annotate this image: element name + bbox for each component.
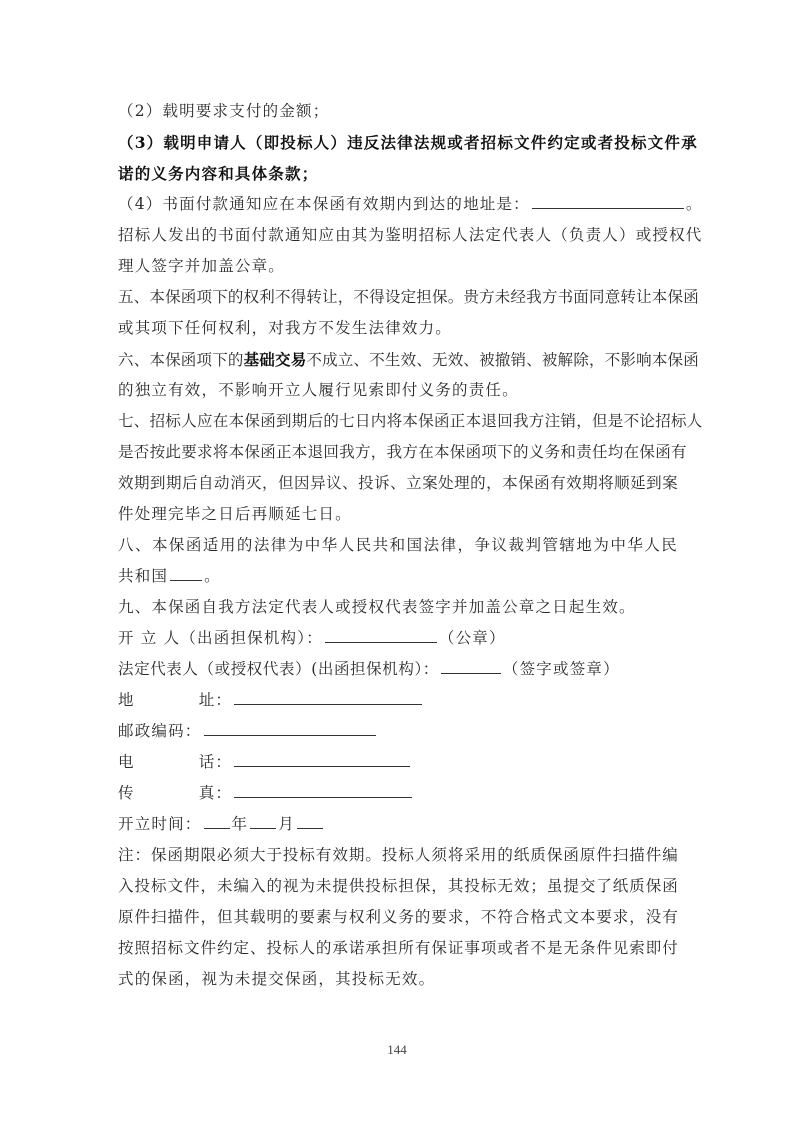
- clause-text-bold: （3）载明申请人（即投标人）违反法律法规或者招标文件约定或者投标文件承: [118, 133, 698, 152]
- postcode-row: 邮政编码：: [118, 716, 678, 747]
- clause-text: 共和国: [118, 567, 168, 585]
- note-text: 注：保函期限必须大于投标有效期。投标人须将采用的纸质保函原件扫描件编: [118, 846, 678, 864]
- notice-line-1: 招标人发出的书面付款通知应由其为鉴明招标人法定代表人（负责人）或授权代: [118, 220, 678, 251]
- clause-text: 五、本保函项下的权利不得转让，不得设定担保。贵方未经我方书面同意转让本保函: [118, 288, 699, 306]
- issuer-blank-field[interactable]: [325, 624, 437, 643]
- clause-4-2: （2）载明要求支付的金额；: [118, 96, 678, 127]
- signature-label: （签字或签章）: [503, 660, 620, 678]
- clause-4-3-line-2: 诺的义务内容和具体条款；: [118, 158, 678, 189]
- note-line-2: 入投标文件，未编入的视为未提供投标担保，其投标无效；虽提交了纸质保函: [118, 871, 678, 902]
- article-7-line-2: 是否按此要求将本保函正本退回我方，我方在本保函项下的义务和责任均在保函有: [118, 437, 678, 468]
- clause-text: 八、本保函适用的法律为中华人民共和国法律，争议裁判管辖地为中华人民: [118, 536, 678, 554]
- page-number: 144: [0, 1042, 794, 1058]
- notice-line-2: 理人签字并加盖公章。: [118, 251, 678, 282]
- clause-text: 是否按此要求将本保函正本退回我方，我方在本保函项下的义务和责任均在保函有: [118, 443, 687, 461]
- jurisdiction-blank-field[interactable]: [170, 562, 202, 581]
- address-label: 地: [118, 691, 135, 709]
- month-label: 月: [278, 815, 295, 833]
- note-text: 入投标文件，未编入的视为未提供投标担保，其投标无效；虽提交了纸质保函: [118, 877, 678, 895]
- day-field[interactable]: [297, 810, 323, 829]
- document-page: （2）载明要求支付的金额； （3）载明申请人（即投标人）违反法律法规或者招标文件…: [118, 96, 678, 995]
- issuer-label: 开 立 人（出函担保机构）：: [118, 629, 323, 647]
- clause-text: 七、招标人应在本保函到期后的七日内将本保函正本退回我方注销，但是不论招标人: [118, 412, 703, 430]
- clause-text: 理人签字并加盖公章。: [118, 257, 285, 275]
- clause-text: 效期到期后自动消灭，但因异议、投诉、立案处理的，本保函有效期将顺延到案: [118, 474, 678, 492]
- clause-text: （2）载明要求支付的金额；: [118, 102, 329, 120]
- clause-text: 不成立、不生效、无效、被撤销、被解除，不影响本保函: [306, 351, 699, 369]
- note-text: 式的保函，视为未提交保函，其投标无效。: [118, 970, 435, 988]
- year-label: 年: [232, 815, 249, 833]
- note-line-5: 式的保函，视为未提交保函，其投标无效。: [118, 964, 678, 995]
- month-field[interactable]: [250, 810, 276, 829]
- punctuation: 。: [204, 567, 221, 585]
- clause-text-bold: 诺的义务内容和具体条款；: [118, 164, 318, 183]
- address-label: 址：: [199, 691, 232, 709]
- address-field[interactable]: [234, 686, 422, 705]
- phone-label: 电: [118, 753, 135, 771]
- note-text: 按照招标文件约定、投标人的承诺承担所有保证事项或者不是无条件见索即付: [118, 939, 678, 957]
- address-blank-field[interactable]: [532, 190, 684, 209]
- clause-text: （4）书面付款通知应在本保函有效期内到达的地址是：: [118, 195, 530, 213]
- official-seal-label: （公章）: [439, 629, 506, 647]
- phone-row: 电话：: [118, 747, 678, 778]
- issue-date-label: 开立时间：: [118, 815, 202, 833]
- fax-label: 传: [118, 784, 135, 802]
- article-5-line-1: 五、本保函项下的权利不得转让，不得设定担保。贵方未经我方书面同意转让本保函: [118, 282, 678, 313]
- article-7-line-4: 件处理完毕之日后再顺延七日。: [118, 499, 678, 530]
- fax-row: 传真：: [118, 778, 678, 809]
- clause-text: 六、本保函项下的: [118, 351, 244, 369]
- note-line-1: 注：保函期限必须大于投标有效期。投标人须将采用的纸质保函原件扫描件编: [118, 840, 678, 871]
- postcode-label: 邮政编码：: [118, 722, 202, 740]
- article-6-line-1: 六、本保函项下的基础交易不成立、不生效、无效、被撤销、被解除，不影响本保函: [118, 344, 678, 375]
- note-text: 原件扫描件，但其载明的要素与权利义务的要求，不符合格式文本要求，没有: [118, 908, 678, 926]
- legal-rep-row: 法定代表人（或授权代表）(出函担保机构）：（签字或签章）: [118, 654, 678, 685]
- note-line-3: 原件扫描件，但其载明的要素与权利义务的要求，不符合格式文本要求，没有: [118, 902, 678, 933]
- article-9: 九、本保函自我方法定代表人或授权代表签字并加盖公章之日起生效。: [118, 592, 678, 623]
- punctuation: 。: [686, 195, 703, 213]
- phone-label: 话：: [199, 753, 232, 771]
- article-7-line-3: 效期到期后自动消灭，但因异议、投诉、立案处理的，本保函有效期将顺延到案: [118, 468, 678, 499]
- clause-text: 的独立有效，不影响开立人履行见索即付义务的责任。: [118, 381, 519, 399]
- legal-rep-label: 法定代表人（或授权代表）(出函担保机构）：: [118, 660, 439, 678]
- article-6-line-2: 的独立有效，不影响开立人履行见索即付义务的责任。: [118, 375, 678, 406]
- legal-rep-blank-field[interactable]: [441, 655, 501, 674]
- article-5-line-2: 或其项下任何权利，对我方不发生法律效力。: [118, 313, 678, 344]
- note-line-4: 按照招标文件约定、投标人的承诺承担所有保证事项或者不是无条件见索即付: [118, 933, 678, 964]
- clause-text-bold: 基础交易: [244, 350, 307, 369]
- clause-text: 件处理完毕之日后再顺延七日。: [118, 505, 352, 523]
- clause-4-4: （4）书面付款通知应在本保函有效期内到达的地址是：。: [118, 189, 678, 220]
- article-8-line-1: 八、本保函适用的法律为中华人民共和国法律，争议裁判管辖地为中华人民: [118, 530, 678, 561]
- address-row: 地址：: [118, 685, 678, 716]
- fax-field[interactable]: [234, 779, 412, 798]
- clause-4-3-line-1: （3）载明申请人（即投标人）违反法律法规或者招标文件约定或者投标文件承: [118, 127, 678, 158]
- clause-text: 或其项下任何权利，对我方不发生法律效力。: [118, 319, 452, 337]
- fax-label: 真：: [199, 784, 232, 802]
- issuer-row: 开 立 人（出函担保机构）：（公章）: [118, 623, 678, 654]
- article-8-line-2: 共和国。: [118, 561, 678, 592]
- article-7-line-1: 七、招标人应在本保函到期后的七日内将本保函正本退回我方注销，但是不论招标人: [118, 406, 678, 437]
- clause-text: 招标人发出的书面付款通知应由其为鉴明招标人法定代表人（负责人）或授权代: [118, 226, 703, 244]
- clause-text: 九、本保函自我方法定代表人或授权代表签字并加盖公章之日起生效。: [118, 598, 636, 616]
- phone-field[interactable]: [234, 748, 410, 767]
- issue-date-row: 开立时间：年月: [118, 809, 678, 840]
- year-field[interactable]: [204, 810, 230, 829]
- postcode-field[interactable]: [204, 717, 376, 736]
